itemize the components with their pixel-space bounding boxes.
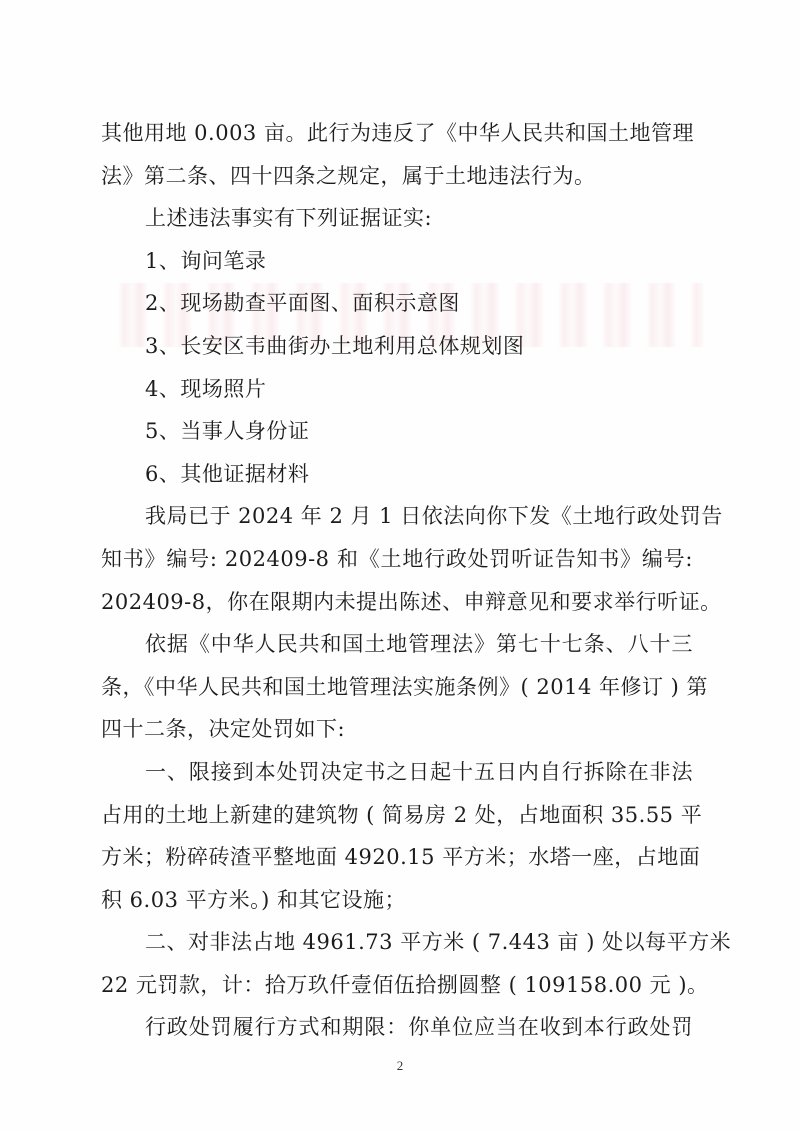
- paragraph-legal-basis: 依据《中华人民共和国土地管理法》第七十七条、八十三 条，《中华人民共和国土地管理…: [101, 623, 693, 751]
- text-line: 我局已于 2024 年 2 月 1 日依法向你下发《土地行政处罚告: [101, 495, 693, 538]
- text-line: 一、限接到本处罚决定书之日起十五日内自行拆除在非法: [101, 751, 693, 794]
- document-body: 其他用地 0.003 亩。此行为违反了《中华人民共和国土地管理 法》第二条、四十…: [101, 112, 693, 1049]
- evidence-item: 5、当事人身份证: [101, 410, 693, 453]
- text-line: 依据《中华人民共和国土地管理法》第七十七条、八十三: [101, 623, 693, 666]
- paragraph-penalty-fine: 二、对非法占地 4961.73 平方米 ( 7.443 亩 ) 处以每平方米 2…: [101, 921, 693, 1006]
- text-line: 方米；粉碎砖渣平整地面 4920.15 平方米；水塔一座，占地面: [101, 836, 693, 879]
- text-line: 22 元罚款，计：拾万玖仟壹佰伍拾捌圆整 ( 109158.00 元 )。: [101, 964, 693, 1007]
- document-page: 其他用地 0.003 亩。此行为违反了《中华人民共和国土地管理 法》第二条、四十…: [0, 0, 800, 1130]
- text-line: 行政处罚履行方式和期限：你单位应当在收到本行政处罚: [101, 1006, 693, 1049]
- evidence-item: 3、长安区韦曲街办土地利用总体规划图: [101, 325, 693, 368]
- text-line: 其他用地 0.003 亩。此行为违反了《中华人民共和国土地管理: [101, 112, 693, 155]
- paragraph-penalty-demolition: 一、限接到本处罚决定书之日起十五日内自行拆除在非法 占用的土地上新建的建筑物 (…: [101, 751, 693, 921]
- evidence-intro: 上述违法事实有下列证据证实:: [101, 197, 693, 240]
- text-line: 二、对非法占地 4961.73 平方米 ( 7.443 亩 ) 处以每平方米: [101, 921, 693, 964]
- text-line: 四十二条，决定处罚如下:: [101, 708, 693, 751]
- text-line: 法》第二条、四十四条之规定，属于土地违法行为。: [101, 155, 693, 198]
- paragraph-violation: 其他用地 0.003 亩。此行为违反了《中华人民共和国土地管理 法》第二条、四十…: [101, 112, 693, 197]
- text-line: 占用的土地上新建的建筑物 ( 简易房 2 处，占地面积 35.55 平: [101, 794, 693, 837]
- page-number: 2: [0, 1058, 800, 1074]
- text-line: 202409-8，你在限期内未提出陈述、申辩意见和要求举行听证。: [101, 581, 693, 624]
- evidence-list: 1、询问笔录 2、现场勘查平面图、面积示意图 3、长安区韦曲街办土地利用总体规划…: [101, 240, 693, 496]
- evidence-item: 2、现场勘查平面图、面积示意图: [101, 282, 693, 325]
- paragraph-fulfillment: 行政处罚履行方式和期限：你单位应当在收到本行政处罚: [101, 1006, 693, 1049]
- text-line: 知书》编号: 202409-8 和《土地行政处罚听证告知书》编号:: [101, 538, 693, 581]
- evidence-item: 4、现场照片: [101, 368, 693, 411]
- evidence-item: 6、其他证据材料: [101, 453, 693, 496]
- paragraph-notice: 我局已于 2024 年 2 月 1 日依法向你下发《土地行政处罚告 知书》编号:…: [101, 495, 693, 623]
- text-line: 积 6.03 平方米。) 和其它设施；: [101, 879, 693, 922]
- evidence-item: 1、询问笔录: [101, 240, 693, 283]
- text-line: 条，《中华人民共和国土地管理法实施条例》( 2014 年修订 ) 第: [101, 666, 693, 709]
